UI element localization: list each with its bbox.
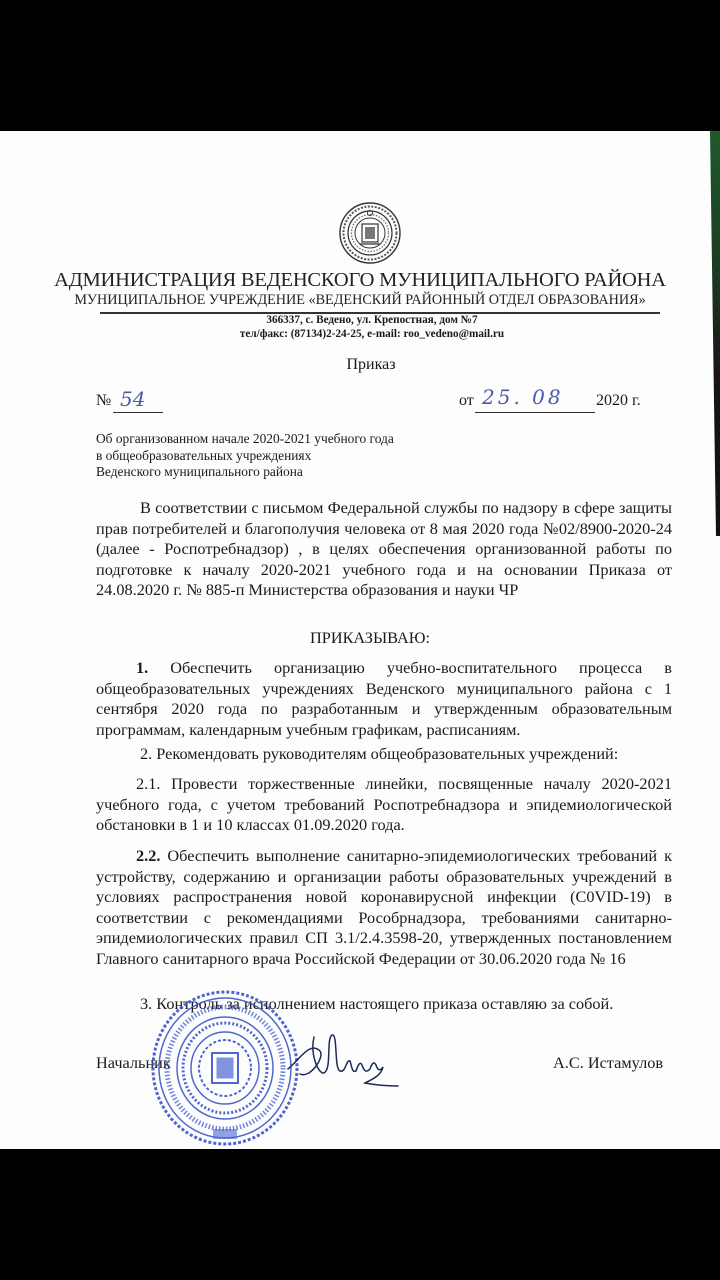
org-name-line-2: МУНИЦИПАЛЬНОЕ УЧРЕЖДЕНИЕ «ВЕДЕНСКИЙ РАЙО…	[0, 292, 720, 309]
order-subject: Об организованном начале 2020-2021 учебн…	[96, 431, 394, 481]
org-address: 366337, с. Ведено, ул. Крепостная, дом №…	[0, 314, 720, 326]
item-number: 1.	[136, 658, 148, 677]
order-item-2: 2. Рекомендовать руководителям общеобраз…	[96, 744, 672, 765]
item-text: Рекомендовать руководителям общеобразова…	[152, 744, 618, 763]
signatory-name: А.С. Истамулов	[553, 1053, 663, 1073]
order-item-1: 1. Обеспечить организацию учебно-воспита…	[96, 658, 672, 740]
order-date-label: от	[459, 392, 474, 410]
order-date-year: 2020 г.	[596, 392, 641, 410]
photo-edge-shadow	[0, 131, 720, 551]
item-text: Обеспечить организацию учебно-воспитател…	[96, 658, 672, 739]
official-round-stamp-icon	[150, 989, 300, 1147]
order-date-handwritten: 25. 08	[482, 385, 564, 409]
preamble-paragraph: В соответствии с письмом Федеральной слу…	[96, 498, 672, 601]
document-page: АДМИНИСТРАЦИЯ ВЕДЕНСКОГО МУНИЦИПАЛЬНОГО …	[0, 131, 720, 1149]
org-name-line-1: АДМИНИСТРАЦИЯ ВЕДЕНСКОГО МУНИЦИПАЛЬНОГО …	[0, 269, 720, 292]
order-item-2-1: 2.1. Провести торжественные линейки, пос…	[96, 774, 672, 836]
item-number: 2.1.	[136, 774, 160, 793]
order-item-2-2: 2.2. Обеспечить выполнение санитарно-эпи…	[96, 846, 672, 969]
order-number-handwritten: 54	[120, 387, 145, 411]
item-text: Провести торжественные линейки, посвящен…	[96, 774, 672, 834]
order-date-underline	[475, 412, 595, 413]
decree-heading: ПРИКАЗЫВАЮ:	[0, 628, 720, 648]
subject-line: Об организованном начале 2020-2021 учебн…	[96, 431, 394, 448]
item-number: 2.2.	[136, 846, 160, 865]
item-text: Обеспечить выполнение санитарно-эпидемио…	[96, 846, 672, 968]
org-contacts: тел/факс: (87134)2-24-25, e-mail: roo_ve…	[0, 328, 720, 340]
subject-line: Веденского муниципального района	[96, 464, 394, 481]
order-number-label: №	[96, 392, 111, 410]
order-number-underline	[113, 412, 163, 413]
item-number: 2.	[140, 744, 152, 763]
document-title: Приказ	[0, 356, 720, 374]
chechen-republic-emblem-icon	[338, 201, 402, 265]
subject-line: в общеобразовательных учреждениях	[96, 448, 394, 465]
handwritten-signature-icon	[280, 1029, 405, 1094]
